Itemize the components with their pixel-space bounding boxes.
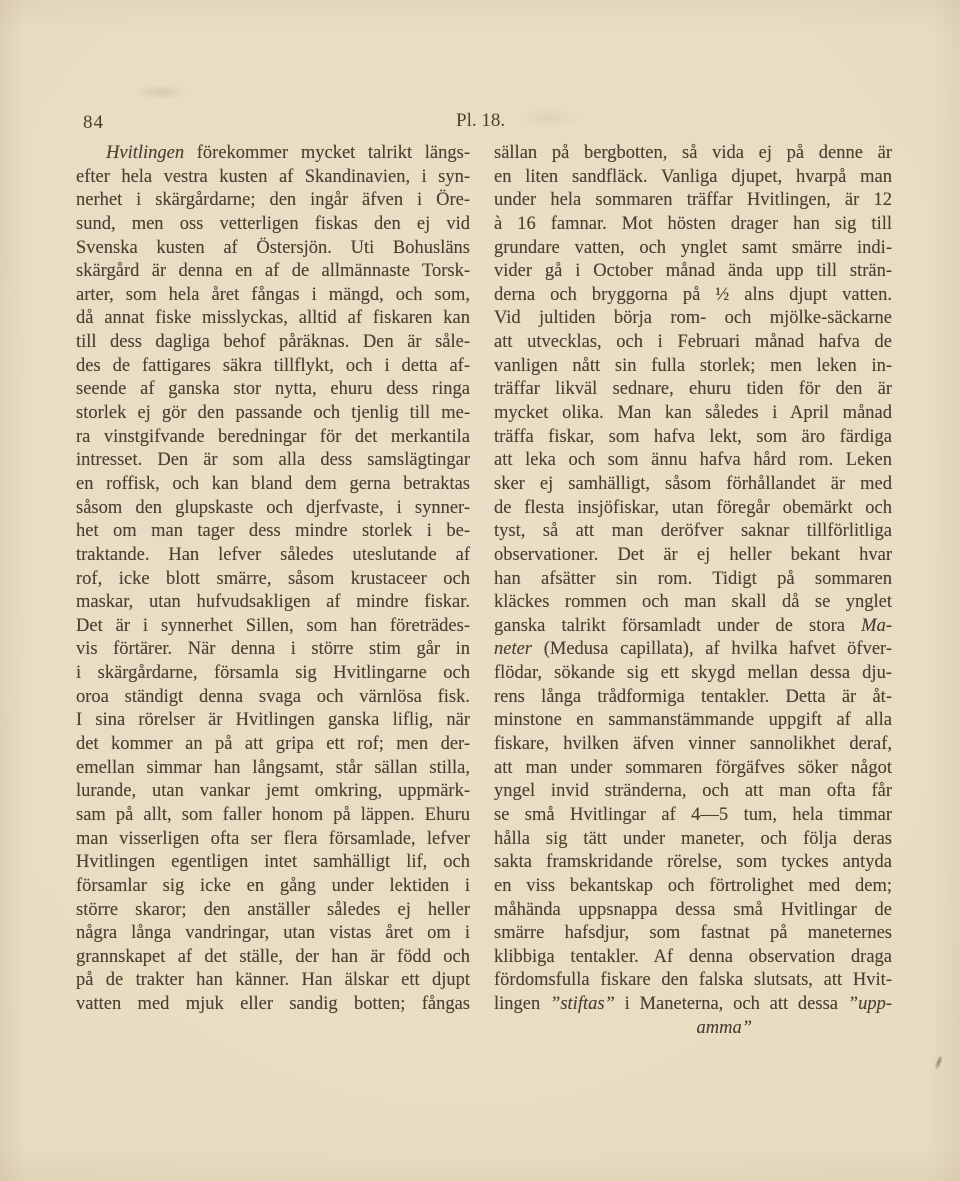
text-line: vanligen nått sin fulla storlek; men lek… [494, 355, 892, 379]
text-line: Det är i synnerhet Sillen, som han föret… [76, 615, 470, 639]
text-line: sam på allt, som faller honom på läppen.… [76, 804, 470, 828]
text-line: lingen ”stiftas” i Maneterna, och att de… [494, 993, 892, 1017]
text-line: minstone en sammanstämmande uppgift af a… [494, 709, 892, 733]
text-line: lurande, utan vankar jemt omkring, uppmä… [76, 780, 470, 804]
text-line: fiskare, hvilken äfven vinner sannolikhe… [494, 733, 892, 757]
text-line: Svenska kusten af Östersjön. Uti Bohuslä… [76, 237, 470, 261]
text-line: man visserligen ofta ser flera församlad… [76, 828, 470, 852]
text-line: att man under sommaren förgäfves söker n… [494, 757, 892, 781]
text-line: I sina rörelser är Hvitlingen ganska lif… [76, 709, 470, 733]
text-line: oroa ständigt denna svaga och värnlösa f… [76, 686, 470, 710]
page-number: 84 [83, 112, 104, 134]
catchword: amma” [494, 1017, 892, 1041]
text-line: då annat fiske misslyckas, alltid af fis… [76, 307, 470, 331]
text-line: rens långa trådformiga tentakler. Detta … [494, 686, 892, 710]
text-line: Hvitlingen egentligen intet samhälligt l… [76, 851, 470, 875]
text-line: vis förtärer. När denna i större stim gå… [76, 638, 470, 662]
text-line: vatten med mjuk eller sandig botten; fån… [76, 993, 470, 1017]
text-line: Hvitlingen förekommer mycket talrikt län… [76, 142, 470, 166]
text-line: se små Hvitlingar af 4—5 tum, hela timma… [494, 804, 892, 828]
text-line: till dess dagliga behof påräknas. Den är… [76, 331, 470, 355]
text-line: Vid jultiden börja rom- och mjölke-säcka… [494, 307, 892, 331]
text-line: emellan simmar han långsamt, står sällan… [76, 757, 470, 781]
left-text-column: Hvitlingen förekommer mycket talrikt län… [76, 142, 470, 1017]
text-line: maskar, utan hufvudsakligen af mindre fi… [76, 591, 470, 615]
text-line: församlar sig icke en gång under lektide… [76, 875, 470, 899]
text-line: yngel invid stränderna, och att man ofta… [494, 780, 892, 804]
text-line: skärgård är denna en af de allmännaste T… [76, 260, 470, 284]
text-line: på de trakter han känner. Han älskar ett… [76, 969, 470, 993]
text-line: några långa vandringar, utan vistas året… [76, 922, 470, 946]
text-line: neter (Medusa capillata), af hvilka hafv… [494, 638, 892, 662]
text-line: rof, icke blott smärre, såsom krustaceer… [76, 568, 470, 592]
text-line: sker ej samhälligt, såsom förhållandet ä… [494, 473, 892, 497]
text-line: ra vinstgifvande beredningar för det mer… [76, 426, 470, 450]
text-line: träffar likväl sednare, ehuru tiden för … [494, 378, 892, 402]
text-line: ganska talrikt församladt under de stora… [494, 615, 892, 639]
scanned-book-page: 84 Pl. 18. Hvitlingen förekommer mycket … [0, 0, 960, 1181]
text-line: större skaror; den anställer således ej … [76, 899, 470, 923]
plate-reference-label: Pl. 18. [456, 110, 505, 132]
text-line: måhända uppsnappa dessa små Hvitlingar d… [494, 899, 892, 923]
paper-speck [934, 1056, 943, 1071]
text-line: träffa fiskar, som hafva lekt, som äro f… [494, 426, 892, 450]
text-line: storlek ej gör den passande och tjenlig … [76, 402, 470, 426]
text-line: fördomsfulla fiskare den falska slutsats… [494, 969, 892, 993]
text-line: han afsätter sin rom. Tidigt på sommaren [494, 568, 892, 592]
text-line: efter hela vestra kusten af Skandinavien… [76, 166, 470, 190]
text-line: det kommer an på att gripa ett rof; men … [76, 733, 470, 757]
text-line: sällan på bergbotten, så vida ej på denn… [494, 142, 892, 166]
text-line: intresset. Den är som alla dess samslägt… [76, 449, 470, 473]
text-line: hålla sig tätt under maneter, och följa … [494, 828, 892, 852]
text-line: nerhet i skärgårdarne; den ingår äfven i… [76, 189, 470, 213]
text-line: des de fattigares säkra tillflykt, och i… [76, 355, 470, 379]
text-line: seende af ganska stor nytta, ehuru dess … [76, 378, 470, 402]
text-line: traktande. Han lefver således uteslutand… [76, 544, 470, 568]
text-line: observationer. Det är ej heller bekant h… [494, 544, 892, 568]
text-line: sund, men oss vetterligen fiskas den ej … [76, 213, 470, 237]
paper-smudge [520, 108, 580, 128]
text-line: att leka och som ännu hafva hård rom. Le… [494, 449, 892, 473]
text-line: de flesta insjöfiskar, utan föregår obem… [494, 497, 892, 521]
text-line: i skärgårdarne, församla sig Hvitlingarn… [76, 662, 470, 686]
text-line: klibbiga tentakler. Af denna observation… [494, 946, 892, 970]
text-line: en viss bekantskap och förtrolighet med … [494, 875, 892, 899]
text-line: à 16 famnar. Mot hösten drager han sig t… [494, 213, 892, 237]
text-line: sakta framskridande rörelse, som tyckes … [494, 851, 892, 875]
text-line: att utvecklas, och i Februari månad hafv… [494, 331, 892, 355]
right-text-column: sällan på bergbotten, så vida ej på denn… [494, 142, 892, 1040]
text-line: tyst, så att man deröfver saknar tillför… [494, 520, 892, 544]
text-line: mycket olika. Man kan således i April må… [494, 402, 892, 426]
text-line: derna och bryggorna på ½ alns djupt vatt… [494, 284, 892, 308]
text-line: kläckes rommen och man skall då se yngle… [494, 591, 892, 615]
text-line: vider gå i October månad ända upp till s… [494, 260, 892, 284]
text-line: smärre hafsdjur, som fastnat på manetern… [494, 922, 892, 946]
text-line: grundare vatten, och ynglet samt smärre … [494, 237, 892, 261]
text-line: flödar, sökande sig ett skygd mellan des… [494, 662, 892, 686]
text-line: en roffisk, och kan bland dem gerna betr… [76, 473, 470, 497]
text-line: såsom den glupskaste och djerfvaste, i s… [76, 497, 470, 521]
paper-smudge [135, 84, 187, 100]
text-line: grannskapet af det ställe, der han är fö… [76, 946, 470, 970]
text-line: under hela sommaren träffar Hvitlingen, … [494, 189, 892, 213]
text-line: arter, som hela året fångas i mängd, och… [76, 284, 470, 308]
text-line: het om man tager dess mindre storlek i b… [76, 520, 470, 544]
text-line: en liten sandfläck. Vanliga djupet, hvar… [494, 166, 892, 190]
